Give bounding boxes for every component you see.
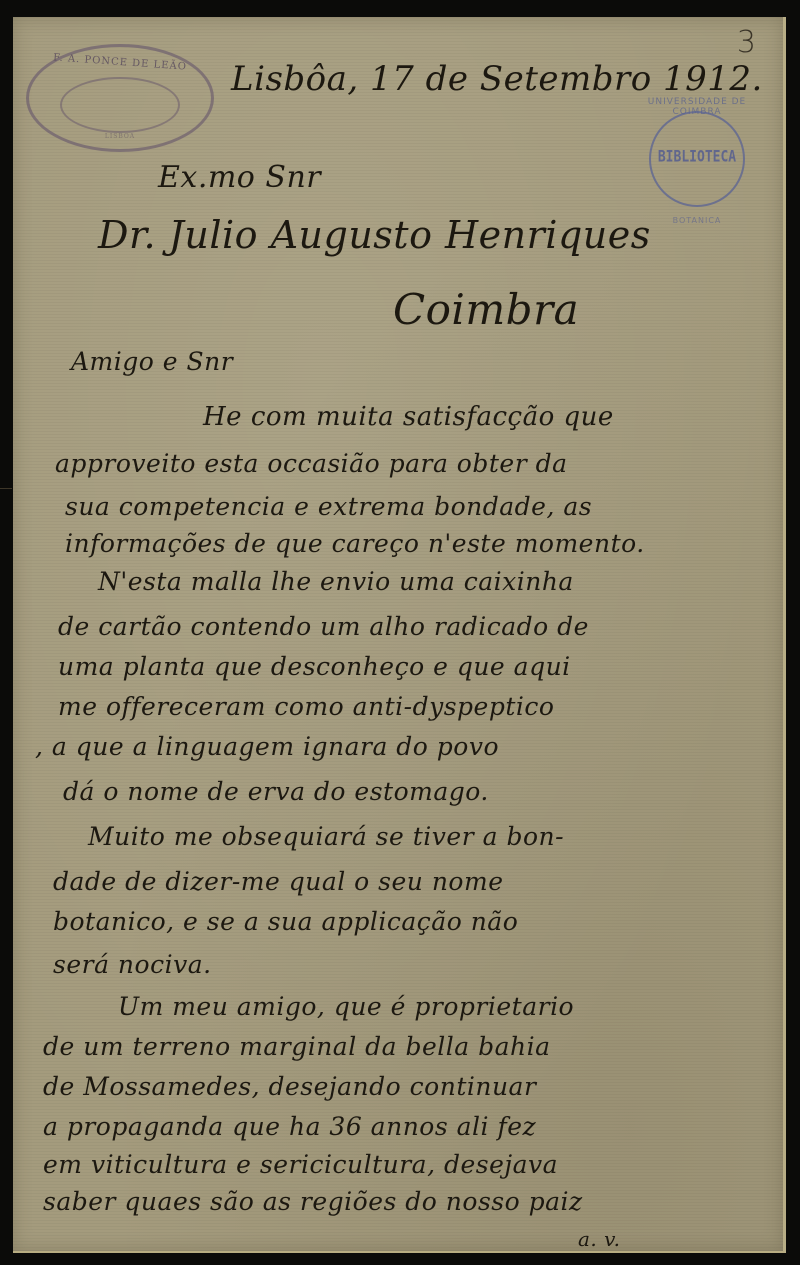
owner-stamp-subtext: LISBOA [29, 133, 211, 140]
body-line: será nociva. [53, 950, 212, 979]
place-date: Lisbôa, 17 de Setembro 1912. [231, 59, 763, 99]
body-line: He com muita satisfacção que [203, 402, 614, 432]
library-stamp-center-text: BIBLIOTECA [633, 149, 761, 167]
page-number: 3 [737, 25, 756, 60]
body-line: saber quaes são as regiões do nosso paiz [43, 1187, 583, 1216]
scan-frame: 3 F. A. PONCE DE LEÃO LISBOA UNIVERSIDAD… [0, 0, 800, 1265]
body-line: de um terreno marginal da bella bahia [43, 1032, 551, 1061]
owner-stamp: F. A. PONCE DE LEÃO LISBOA [26, 44, 214, 152]
library-stamp-bottom-text: BOTANICA [633, 216, 761, 225]
body-line: me offereceram como anti-dyspeptico [58, 692, 554, 721]
body-line: Um meu amigo, que é proprietario [118, 992, 574, 1021]
body-line: a propaganda que ha 36 annos ali fez [43, 1112, 536, 1141]
body-line: sua competencia e extrema bondade, as [65, 492, 592, 521]
letter-page: 3 F. A. PONCE DE LEÃO LISBOA UNIVERSIDAD… [13, 17, 786, 1253]
body-line: informações de que careço n'este momento… [65, 529, 645, 558]
body-line: botanico, e se a sua applicação não [53, 907, 518, 936]
body-line: em viticultura e sericicultura, desejava [43, 1150, 558, 1179]
body-line: dade de dizer-me qual o seu nome [53, 867, 504, 896]
recipient-city: Coimbra [393, 285, 579, 334]
owner-stamp-text: F. A. PONCE DE LEÃO [29, 51, 211, 75]
margin-tick-mark [0, 488, 12, 489]
body-line: de Mossamedes, desejando continuar [43, 1072, 536, 1101]
turn-over-mark: a. v. [578, 1227, 620, 1251]
body-line: dá o nome de erva do estomago. [63, 777, 489, 806]
body-line: N'esta malla lhe envio uma caixinha [98, 567, 574, 596]
body-line: , a que a linguagem ignara do povo [35, 732, 499, 761]
library-stamp: UNIVERSIDADE DE COIMBRA BIBLIOTECA BOTAN… [633, 97, 761, 225]
body-line: approveito esta occasião para obter da [55, 449, 568, 478]
body-line: de cartão contendo um alho radicado de [58, 612, 589, 641]
body-line: Muito me obsequiará se tiver a bon- [88, 822, 564, 851]
owner-stamp-inner-oval [60, 77, 180, 133]
recipient-name: Dr. Julio Augusto Henriques [98, 213, 651, 257]
greeting: Amigo e Snr [71, 347, 233, 376]
salutation-title: Ex.mo Snr [158, 160, 321, 195]
body-line: uma planta que desconheço e que aqui [58, 652, 571, 681]
